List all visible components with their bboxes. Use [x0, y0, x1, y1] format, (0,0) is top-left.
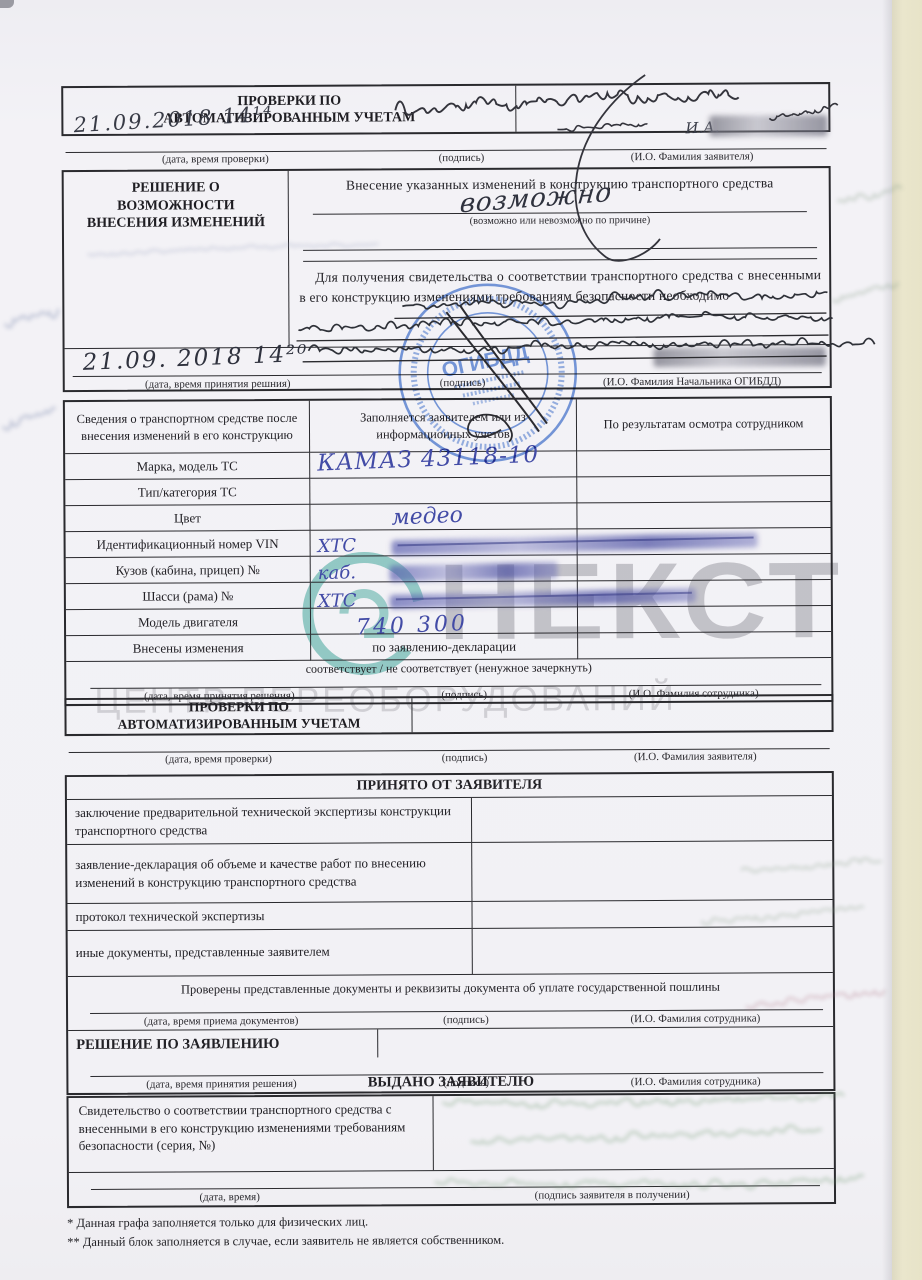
redacted-name-blur [654, 347, 826, 367]
row-label-make: Марка, модель ТС [65, 453, 310, 480]
received-row-label: заявление-декларация об объеме и качеств… [67, 843, 472, 903]
decision-title-line3: ВНЕСЕНИЯ ИЗМЕНЕНИЙ [64, 214, 288, 233]
received-row-value [472, 841, 832, 901]
received-row-value [473, 927, 833, 974]
stamp-center-text: ОГИБДД [440, 341, 531, 382]
col-header-inspection: По результатам осмотра сотрудником [577, 398, 830, 451]
row-label-engine: Модель двигателя [66, 609, 311, 636]
row-inspect-engine [578, 606, 831, 633]
row-value-engine [311, 607, 578, 634]
issued-signature-row: (дата, время) (подпись заявителя в получ… [69, 1169, 834, 1207]
checks-top-title-cell: ПРОВЕРКИ ПО АВТОМАТИЗИРОВАННЫМ УЧЕТАМ [63, 86, 516, 134]
blank-line [303, 225, 817, 251]
label-signature: (подпись заявителя в получении) [390, 1188, 834, 1202]
section-issued: Свидетельство о соответствии транспортно… [66, 1092, 836, 1208]
row-inspect-body [578, 554, 831, 581]
application-decision-title: РЕШЕНИЕ ПО ЗАЯВЛЕНИЮ [68, 1029, 378, 1059]
label-signature: (подпись) [374, 1013, 558, 1026]
row-label-changes: Внесены изменения [66, 635, 311, 662]
ogibdd-round-stamp: ОГИБДД [377, 262, 598, 483]
row-inspect-changes [578, 632, 831, 659]
section-checks-bottom: ПРОВЕРКИ ПО АВТОМАТИЗИРОВАННЫМ УЧЕТАМ [64, 694, 833, 736]
row-inspect-make [577, 450, 830, 477]
received-row-value [472, 900, 832, 928]
received-row-label: заключение предварительной технической э… [67, 798, 472, 844]
row-value-changes: по заявлению-декларации [311, 633, 578, 660]
row-inspect-type [577, 476, 830, 503]
checks-bottom-title-cell: ПРОВЕРКИ ПО АВТОМАТИЗИРОВАННЫМ УЧЕТАМ [66, 698, 412, 734]
footnotes: * Данная графа заполняется только для фи… [67, 1210, 836, 1252]
decision-title-line1: РЕШЕНИЕ О [64, 179, 288, 198]
decision-title-cell: РЕШЕНИЕ О ВОЗМОЖНОСТИ ВНЕСЕНИЯ ИЗМЕНЕНИЙ [64, 171, 290, 348]
redacted-name-blur [709, 115, 827, 137]
checks-bottom-empty-cell [412, 696, 831, 732]
received-row-label: иные документы, представленные заявителе… [68, 929, 473, 976]
form-document: НЕКСТ ЦЕНТР ПЕРЕОБОРУДОВАНИЙ ПРОВЕРКИ ПО… [0, 0, 922, 1280]
label-datetime: (дата, время проверки) [62, 152, 370, 166]
decision-statement: Внесение указанных изменений в конструкц… [299, 175, 821, 194]
row-label-type: Тип/категория ТС [65, 479, 310, 506]
label-datetime: (дата, время приема документов) [68, 1014, 374, 1028]
checks-bottom-title-line2: АВТОМАТИЗИРОВАННЫМ УЧЕТАМ [67, 715, 412, 734]
received-row-value [472, 796, 832, 842]
row-inspect-color [577, 502, 830, 529]
col-header-vehicle-info: Сведения о транспортном средстве после в… [65, 401, 310, 454]
received-row-label: протокол технической экспертизы [67, 902, 472, 930]
label-signature: (подпись) [369, 152, 554, 165]
checks-bottom-signature-row: (дата, время проверки) (подпись) (И.О. Ф… [65, 740, 834, 772]
documents-checked-note: Проверены представленные документы и рек… [68, 973, 833, 1004]
checks-top-title-line2: АВТОМАТИЗИРОВАННЫМ УЧЕТАМ [63, 109, 515, 129]
footnote-2: ** Данный блок заполняется в случае, есл… [67, 1229, 836, 1252]
decision-title-line2: ВОЗМОЖНОСТИ [64, 196, 288, 215]
scanned-document-page: НЕКСТ ЦЕНТР ПЕРЕОБОРУДОВАНИЙ ПРОВЕРКИ ПО… [0, 0, 922, 1280]
label-datetime: (дата, время) [69, 1190, 390, 1204]
label-name: (И.О. Фамилия Начальника ОГИБДД) [554, 375, 829, 388]
row-label-vin: Идентификационный номер VIN [66, 531, 311, 558]
row-value-color [310, 503, 577, 530]
label-datetime: (дата, время проверки) [65, 752, 373, 766]
label-datetime: (дата, время принятия решния) [65, 377, 371, 391]
row-value-type [310, 477, 577, 504]
verdict-line [313, 191, 807, 215]
application-decision-empty-cell [378, 1027, 833, 1057]
label-signature: (подпись) [372, 751, 557, 764]
label-name: (И.О. Фамилия заявителя) [554, 150, 831, 163]
received-signature-row: (дата, время приема документов) (подпись… [68, 1000, 833, 1031]
blank-line [303, 248, 817, 262]
row-label-chassis: Шасси (рама) № [66, 583, 311, 610]
issued-row-value [433, 1094, 833, 1170]
row-label-body: Кузов (кабина, прицеп) № [66, 557, 311, 584]
section-received: ПРИНЯТО ОТ ЗАЯВИТЕЛЯ заключение предвари… [65, 771, 836, 1095]
checks-bottom-title-line1: ПРОВЕРКИ ПО [66, 698, 411, 717]
row-label-color: Цвет [65, 505, 310, 532]
label-name: (И.О. Фамилия заявителя) [557, 750, 834, 763]
application-decision-row: РЕШЕНИЕ ПО ЗАЯВЛЕНИЮ [68, 1027, 833, 1059]
issued-row-label: Свидетельство о соответствии транспортно… [68, 1096, 433, 1172]
label-name: (И.О. Фамилия сотрудника) [558, 1012, 833, 1025]
